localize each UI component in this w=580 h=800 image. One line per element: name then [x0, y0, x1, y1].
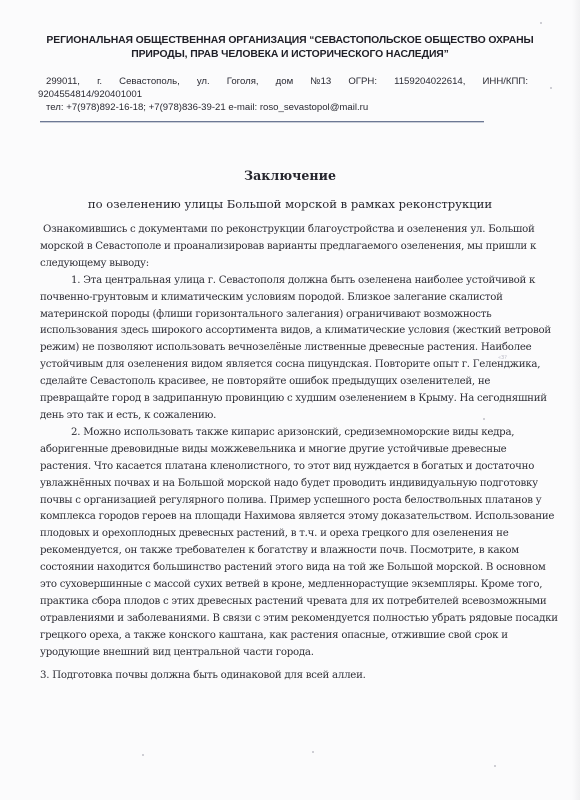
intro-paragraph: Ознакомившись с документами по реконстру…: [40, 222, 560, 273]
scan-speck: [494, 765, 496, 767]
conclusion-item-2: 2. Можно использовать также кипарис ариз…: [40, 425, 560, 662]
document-subtitle: по озеленению улицы Большой морской в ра…: [0, 197, 580, 211]
address-line: 299011, г. Севастополь, ул. Гоголя, дом …: [38, 75, 528, 88]
organization-header: РЕГИОНАЛЬНАЯ ОБЩЕСТВЕННАЯ ОРГАНИЗАЦИЯ “С…: [40, 34, 540, 62]
conclusion-item-3: 3. Подготовка почвы должна быть одинаков…: [40, 668, 560, 685]
scan-speck: [483, 418, 485, 420]
address-part: Севастополь,: [119, 75, 180, 88]
address-part: 299011,: [46, 75, 80, 88]
document-body: Ознакомившись с документами по реконстру…: [40, 222, 560, 684]
address-part: ул.: [197, 75, 210, 88]
address-part: дом: [276, 75, 294, 88]
scanned-document-page: РЕГИОНАЛЬНАЯ ОБЩЕСТВЕННАЯ ОРГАНИЗАЦИЯ “С…: [0, 0, 580, 800]
contact-block: 299011, г. Севастополь, ул. Гоголя, дом …: [38, 75, 528, 114]
conclusion-item-1: 1. Эта центральная улица г. Севастополя …: [40, 273, 560, 425]
scan-speck: [312, 751, 314, 753]
phones-email: тел: +7(978)892-16-18; +7(978)836-39-21 …: [38, 101, 528, 114]
address-part: Гоголя,: [227, 75, 259, 88]
scan-speck: [540, 22, 542, 24]
header-divider: [40, 121, 484, 122]
address-part: №13: [310, 75, 331, 88]
address-part: г.: [97, 75, 102, 88]
scan-speck: [550, 87, 552, 89]
address-part: ИНН/КПП:: [483, 75, 528, 88]
margin-mark: «З?: [498, 355, 507, 361]
document-title: Заключение: [0, 168, 580, 183]
address-part: ОГРН:: [348, 75, 377, 88]
address-part: 1159204022614,: [394, 75, 465, 88]
scan-speck: [142, 754, 144, 756]
inn-kpp: 9204554814/920401001: [38, 88, 528, 101]
